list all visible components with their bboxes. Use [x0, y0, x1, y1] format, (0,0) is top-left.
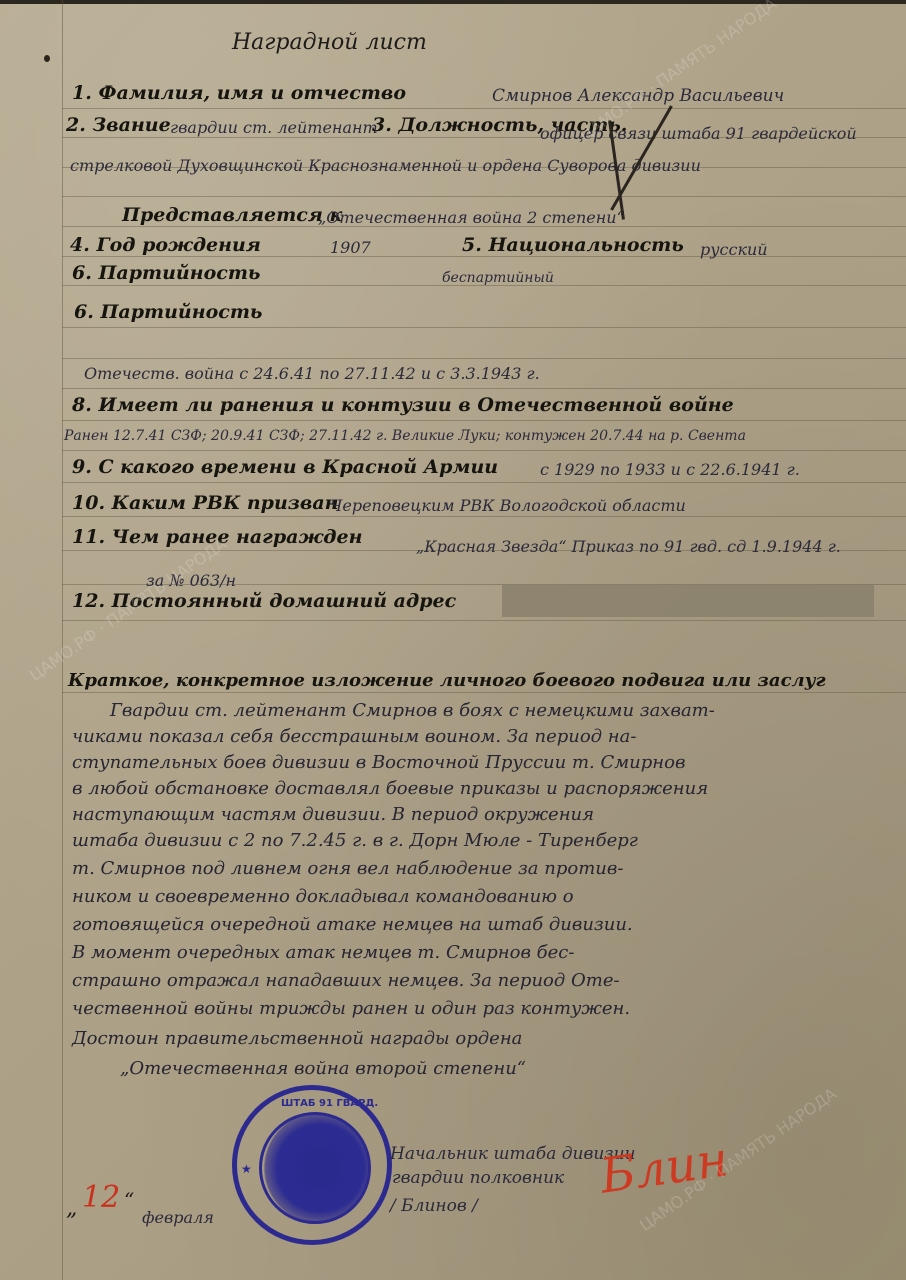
- field-value-position: офицер связи штаба 91 гвардейской стрелк…: [70, 118, 890, 182]
- field-label-war-participation: 6. Партийность: [74, 296, 884, 328]
- feat-line: ступательных боев дивизии в Восточной Пр…: [72, 752, 685, 773]
- date-quote-close: “: [124, 1188, 134, 1212]
- date-month: февраля: [142, 1208, 214, 1227]
- field-value-nationality: русский: [700, 240, 768, 259]
- document-title: Наградной лист: [232, 30, 427, 55]
- field-value-birth-year: 1907: [330, 238, 371, 257]
- ruled-line: [62, 620, 906, 621]
- date-day: 12: [82, 1180, 120, 1215]
- ruled-line: [62, 358, 906, 359]
- field-label-name: 1. Фамилия, имя и отчество: [72, 82, 406, 104]
- signature-rank: гвардии полковник: [392, 1168, 564, 1188]
- ruled-line: [62, 196, 906, 197]
- stamp-emblem: [259, 1112, 371, 1224]
- feat-line: ником и своевременно докладывал командов…: [72, 886, 574, 907]
- field-label-conscription: 10. Каким РВК призван: [72, 492, 339, 514]
- field-label-army-since: 9. С какого времени в Красной Армии: [72, 456, 498, 478]
- punch-hole: [44, 55, 50, 62]
- ruled-line: [62, 516, 906, 517]
- signature-name: / Блинов /: [390, 1196, 478, 1216]
- feat-line: В момент очередных атак немцев т. Смирно…: [72, 942, 574, 963]
- feat-line: т. Смирнов под ливнем огня вел наблюдени…: [72, 858, 623, 879]
- feat-line: Достоин правительственной награды ордена: [72, 1028, 522, 1049]
- redacted-address: [502, 585, 874, 617]
- feat-line: „Отечественная война второй степени“: [120, 1058, 526, 1079]
- ruled-line: [62, 692, 906, 693]
- ruled-line: [62, 482, 906, 483]
- feat-line: чественной войны трижды ранен и один раз…: [72, 998, 630, 1019]
- ruled-line: [62, 450, 906, 451]
- feat-line: штаба дивизии с 2 по 7.2.45 г. в г. Дорн…: [72, 830, 638, 851]
- field-value-wounds: Ранен 12.7.41 СЗФ; 20.9.41 СЗФ; 27.11.42…: [64, 428, 746, 444]
- field-value-army-since: с 1929 по 1933 и с 22.6.1941 г.: [540, 460, 800, 479]
- feat-line: страшно отражал нападавших немцев. За пе…: [72, 970, 620, 991]
- field-value-conscription: Череповецким РВК Вологодской области: [330, 496, 686, 515]
- date-quote-open: „: [66, 1196, 77, 1221]
- margin-line: [62, 0, 63, 1280]
- stamp-text: ШТАБ 91 ГВАРД.: [281, 1098, 378, 1109]
- field-label-wounds: 8. Имеет ли ранения и контузии в Отечест…: [72, 394, 892, 416]
- ruled-line: [62, 388, 906, 389]
- stamp-star-icon: ★: [241, 1162, 252, 1176]
- field-label-presented: Представляется к: [122, 204, 342, 226]
- field-value-presented: „Отечественная война 2 степени“: [318, 208, 625, 227]
- field-label-party: 6. Партийность: [72, 262, 260, 284]
- unit-stamp: ШТАБ 91 ГВАРД. ★: [232, 1085, 392, 1245]
- field-value-war-participation: Отечеств. война с 24.6.41 по 27.11.42 и …: [84, 364, 540, 383]
- feat-line: наступающим частям дивизии. В период окр…: [72, 804, 594, 825]
- ruled-line: [62, 420, 906, 421]
- feat-line: чиками показал себя бесстрашным воином. …: [72, 726, 636, 747]
- ruled-line: [62, 256, 906, 257]
- ruled-line: [62, 108, 906, 109]
- field-value-party: беспартийный: [442, 270, 554, 286]
- award-sheet-page: Наградной лист 1. Фамилия, имя и отчеств…: [0, 0, 906, 1280]
- field-label-birth-year: 4. Год рождения: [70, 234, 261, 256]
- feat-line: готовящейся очередной атаке немцев на шт…: [72, 914, 633, 935]
- feat-line: Гвардии ст. лейтенант Смирнов в боях с н…: [110, 700, 715, 721]
- feat-line: в любой обстановке доставлял боевые прик…: [72, 778, 708, 799]
- feat-heading: Краткое, конкретное изложение личного бо…: [68, 670, 826, 691]
- field-label-nationality: 5. Национальность: [462, 234, 684, 256]
